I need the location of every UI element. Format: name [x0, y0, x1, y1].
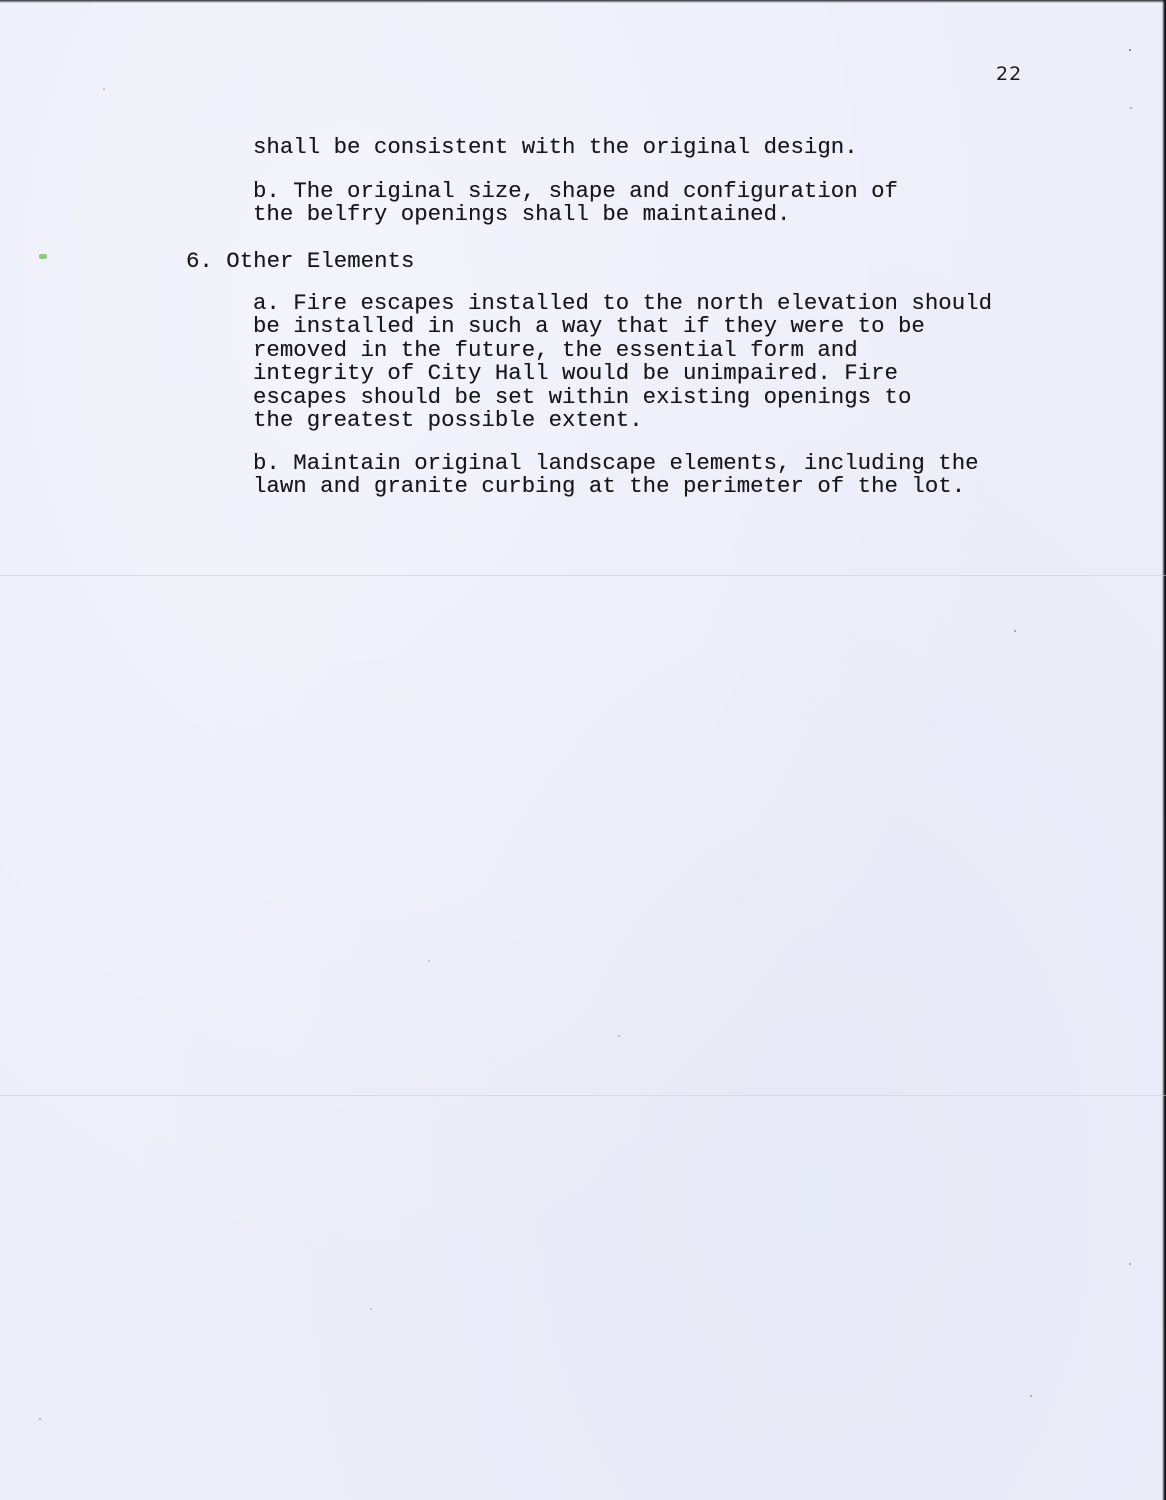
scan-speck — [1030, 1395, 1032, 1397]
text-line: a. Fire escapes installed to the north e… — [253, 292, 992, 315]
text-line: the belfry openings shall be maintained. — [253, 203, 898, 226]
scan-speck — [39, 1418, 41, 1420]
scan-speck — [1014, 630, 1016, 632]
scan-edge-top — [0, 0, 1166, 3]
text-line: removed in the future, the essential for… — [253, 339, 992, 362]
scan-speck — [618, 1035, 620, 1037]
scan-speck — [370, 1308, 372, 1310]
scan-edge-right — [1162, 0, 1166, 1500]
scan-speck — [1130, 107, 1132, 109]
scanned-page: 22 shall be consistent with the original… — [0, 0, 1166, 1500]
scan-speck — [1129, 49, 1131, 51]
text-line: b. Maintain original landscape elements,… — [253, 452, 979, 475]
text-line: be installed in such a way that if they … — [253, 315, 992, 338]
scan-speck — [1129, 1263, 1131, 1265]
continuation-paragraph: shall be consistent with the original de… — [253, 136, 858, 159]
scan-speck — [428, 960, 430, 962]
fire-escapes-item-a: a. Fire escapes installed to the north e… — [253, 292, 992, 432]
text-line: integrity of City Hall would be unimpair… — [253, 362, 992, 385]
text-line: the greatest possible extent. — [253, 409, 992, 432]
text-line: escapes should be set within existing op… — [253, 386, 992, 409]
landscape-item-b: b. Maintain original landscape elements,… — [253, 452, 979, 499]
text-line: shall be consistent with the original de… — [253, 136, 858, 159]
scan-fold-line — [0, 1095, 1166, 1096]
green-marker-dot — [39, 254, 47, 259]
text-line: lawn and granite curbing at the perimete… — [253, 475, 979, 498]
text-line: b. The original size, shape and configur… — [253, 180, 898, 203]
belfry-item-b: b. The original size, shape and configur… — [253, 180, 898, 227]
section-heading: 6. Other Elements — [186, 250, 414, 273]
scan-speck — [103, 88, 105, 90]
scan-fold-line — [0, 575, 1166, 576]
page-number: 22 — [996, 63, 1022, 85]
